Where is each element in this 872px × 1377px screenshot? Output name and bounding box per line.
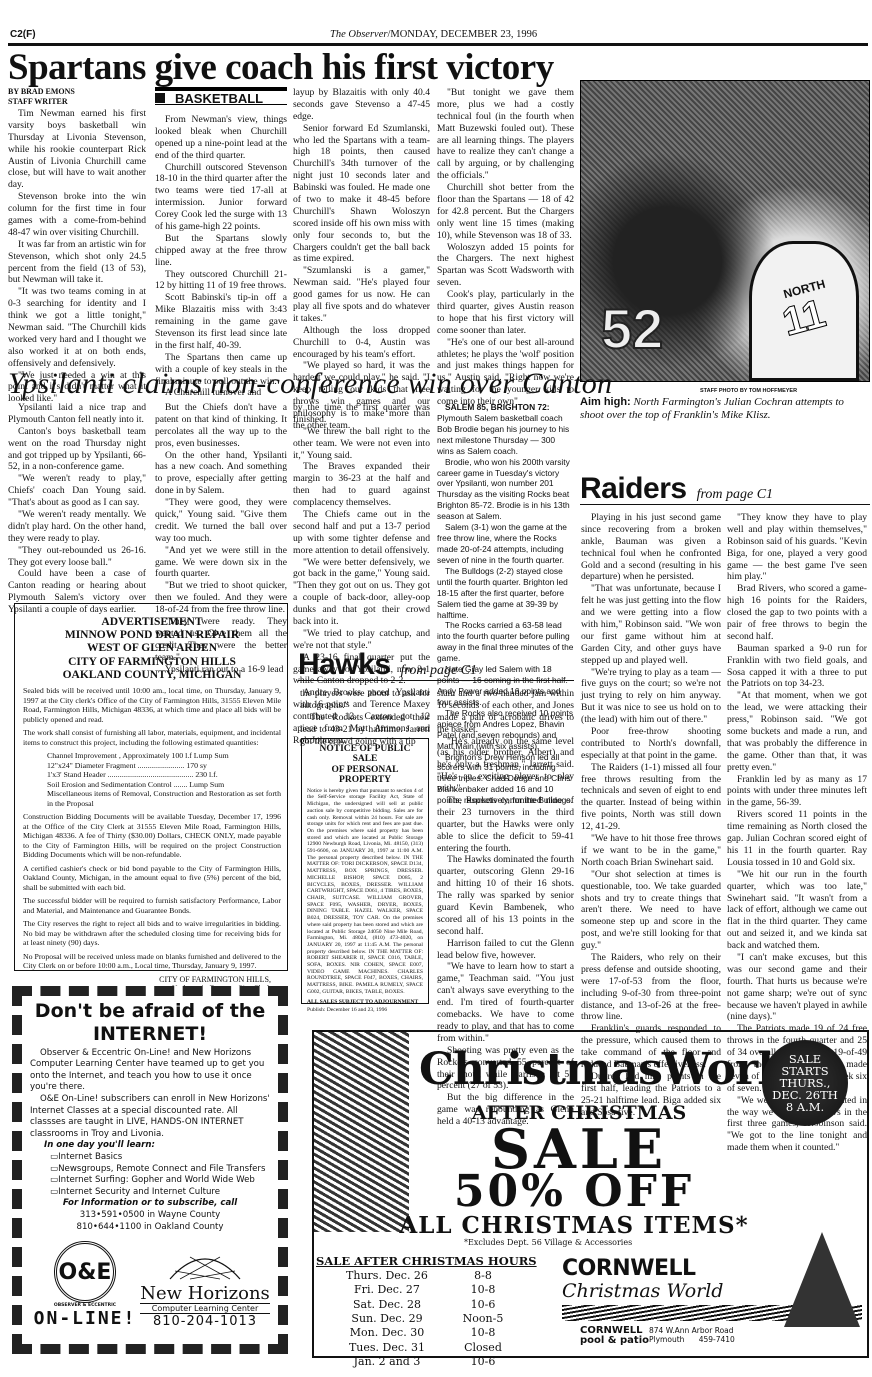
quantity-item: 12"x24" Diameter Fragment ..............… (47, 761, 281, 771)
quantity-item: Soil Erosion and Sedimentation Control .… (47, 780, 281, 790)
paragraph: The successful bidder will be required t… (23, 896, 281, 915)
paragraph: "We hit our run in the fourth quarter, w… (727, 869, 867, 952)
paragraph: The work shall consist of furnishing all… (23, 728, 281, 747)
paragraph: Although the loss dropped Churchill to 0… (293, 325, 430, 361)
pool-patio-logo: CORNWELL pool & patio (580, 1326, 649, 1346)
paragraph: Tim Newman earned his first varsity boys… (8, 108, 146, 191)
photo-caption: Aim high: North Farmington's Julian Coch… (580, 396, 870, 422)
quantity-item: Channel Improvement , Approximately 100 … (47, 751, 281, 761)
phone-wayne: 313•591•0500 in Wayne County (30, 1210, 270, 1222)
hours-day: Thurs. Dec. 26 (316, 1270, 446, 1282)
paragraph: Woloszyn added 15 points for the Charger… (437, 242, 574, 290)
internet-ad-logos: O&E OBSERVER & ECCENTRIC ON-LINE! New Ho… (30, 1241, 270, 1329)
section-tag-basketball: BASKETBALL (155, 87, 287, 105)
checkbox-icon: ▭ (50, 1175, 58, 1185)
paragraph: layup by Blazaitis with only 40.4 second… (293, 87, 430, 123)
store-address: 874 W.Ann Arbor Road Plymouth 459-7410 (649, 1326, 735, 1345)
internet-ad-title: Don't be afraid of the INTERNET! (30, 1000, 270, 1046)
story1-col1: Tim Newman earned his first varsity boys… (8, 108, 146, 405)
paragraph: "They were good, they were quick," Young… (155, 497, 287, 545)
paragraph: The Rockets committed nine of their 23 t… (437, 795, 574, 854)
story2-col1: Ypsilanti laid a nice trap and Plymouth … (8, 402, 146, 616)
dateline: The Observer/MONDAY, DECEMBER 23, 1996 (330, 29, 537, 40)
info-heading: For Information or to subscribe, call (30, 1198, 270, 1210)
paragraph: Poor free-throw shooting contributed to … (581, 726, 721, 762)
paragraph: Stevenson broke into the win column for … (8, 191, 146, 239)
legal-ad-body: Sealed bids will be received until 10:00… (23, 686, 281, 1001)
paragraph: Brad Rivers, who scored a game-high 16 p… (727, 583, 867, 642)
page-folio: C2(F) (10, 29, 36, 40)
paragraph: Harrison failed to cut the Glenn lead be… (437, 938, 574, 962)
learn-item-label: Internet Security and Internet Culture (58, 1187, 220, 1197)
paragraph: Sealed bids will be received until 10:00… (23, 686, 281, 724)
globe-icon (165, 1249, 245, 1281)
paragraph: "At that moment, when we got the lead, w… (727, 690, 867, 773)
nh-subtitle: Computer Learning Center (140, 1303, 270, 1314)
paragraph: "But tonight we gave them more, plus we … (437, 87, 574, 182)
paragraph: "We have to hit those free throws if we … (581, 833, 721, 869)
hours-table: Thurs. Dec. 268-8 Fri. Dec. 2710-8 Sat. … (314, 1268, 530, 1370)
paragraph: "We threw the ball right to the other te… (293, 426, 430, 462)
hours-day: Fri. Dec. 27 (316, 1284, 446, 1296)
hours-time: 10-6 (448, 1356, 528, 1368)
paragraph: Ypsilanti laid a nice trap and Plymouth … (8, 402, 146, 426)
paragraph: Cook's play, particularly in the third q… (437, 289, 574, 337)
paragraph: "He's already on the same level (as his … (437, 736, 574, 795)
jump-from: from page C1 (401, 663, 477, 679)
legal-ad-title: ADVERTISEMENT MINNOW POND DRAIN REPAIR W… (23, 616, 281, 682)
oe-seal-icon: O&E (54, 1241, 116, 1303)
paragraph: Senior forward Ed Szumlanski, who led th… (293, 123, 430, 266)
christmas-tree-icon (784, 1232, 860, 1327)
sale-starts-badge: SALE STARTS THURS., DEC. 26TH 8 A.M. (762, 1040, 848, 1126)
paragraph: The Braves expanded their margin to 36-2… (293, 461, 430, 509)
paragraph: Canton's boys basketball team went on th… (8, 426, 146, 474)
oe-online-logo: O&E OBSERVER & ECCENTRIC ON-LINE! (30, 1241, 140, 1329)
paper-name: The Observer (330, 29, 387, 40)
headline-ypsilanti: Ypsilanti claims non-conference win over… (8, 367, 612, 401)
paragraph: "That was unfortunate, because I felt he… (581, 583, 721, 666)
learn-item: ▭Internet Surfing: Gopher and World Wide… (50, 1175, 270, 1187)
title-line: CITY OF FARMINGTON HILLS (23, 656, 281, 669)
jump-title: Raiders (580, 474, 687, 504)
brief-lead: SALEM 85, BRIGHTON 72: (445, 402, 550, 412)
hours-time: 10-6 (448, 1299, 528, 1311)
jersey-right: NORTH 11 (749, 241, 859, 381)
hours-day: Sun. Dec. 29 (316, 1313, 446, 1325)
paragraph: It was far from an artistic win for Stev… (8, 239, 146, 287)
hours-row: Thurs. Dec. 268-8 (316, 1270, 528, 1282)
paragraph: On the other hand, Ypsilanti has a new c… (155, 450, 287, 498)
paragraph: But the Chiefs don't have a patent on th… (155, 402, 287, 450)
byline-title: STAFF WRITER (8, 97, 75, 107)
square-icon (155, 93, 165, 103)
learn-heading: In one day you'll learn: (30, 1140, 270, 1152)
section-tag-label: BASKETBALL (175, 91, 263, 106)
hours-day: Mon. Dec. 30 (316, 1327, 446, 1339)
paragraph: O&E On-Line! subscribers can enroll in N… (30, 1094, 270, 1140)
paragraph: "We weren't ready to play," Chiefs' coac… (8, 473, 146, 509)
notice-publish: Publish: December 16 and 23, 1996 (307, 1007, 423, 1014)
phone-oakland: 810•644•1100 in Oakland County (30, 1222, 270, 1234)
paragraph: Salem (3-1) won the game at the free thr… (437, 522, 574, 566)
address-line: 874 W.Ann Arbor Road (649, 1326, 735, 1335)
hours-day: Tues. Dec. 31 (316, 1342, 446, 1354)
learn-item: ▭Newsgroups, Remote Connect and File Tra… (50, 1164, 270, 1176)
hours-row: Mon. Dec. 3010-8 (316, 1327, 528, 1339)
cornwell-brand: CORNWELL (562, 1256, 696, 1281)
notice-footer: ALL SALES SUBJECT TO ADJOURNMENT (307, 999, 423, 1006)
jump-from: from page C1 (697, 487, 773, 503)
paragraph: "And yet we were still in the game. We w… (155, 545, 287, 581)
notice-body: Notice is hereby given that pursuant to … (307, 788, 423, 996)
hours-day: Jan. 2 and 3 (316, 1356, 446, 1368)
paragraph: "They out-rebounded us 26-16. They got e… (8, 545, 146, 569)
paragraph: From Newman's view, things looked bleak … (155, 114, 287, 162)
raiders-jump-head: Raiders from page C1 (580, 474, 870, 505)
internet-ad-body: Observer & Eccentric On-Line! and New Ho… (30, 1048, 270, 1234)
title-line: Don't be afraid of the (30, 1000, 270, 1023)
legal-ad-minnow-pond: ADVERTISEMENT MINNOW POND DRAIN REPAIR W… (14, 603, 288, 971)
nh-phone: 810-204-1013 (140, 1314, 270, 1329)
learn-list: ▭Internet Basics ▭Newsgroups, Remote Con… (30, 1152, 270, 1198)
hours-row: Jan. 2 and 310-6 (316, 1356, 528, 1368)
pool-line: pool & patio (580, 1336, 649, 1346)
jump-title: Hawks (298, 650, 391, 680)
learn-item-label: Internet Basics (58, 1152, 122, 1162)
paragraph: "We were better defensively, we got back… (293, 557, 430, 628)
hawks-jump-head: Hawks from page C1 (298, 650, 574, 681)
paragraph: The Raiders, who rely on their press def… (581, 952, 721, 1023)
paragraph: Playing in his just second game since re… (581, 512, 721, 583)
all-items-text: ALL CHRISTMAS ITEMS* (344, 1214, 804, 1237)
hours-time: 10-8 (448, 1327, 528, 1339)
hours-time: Noon-5 (448, 1313, 528, 1325)
paragraph: A certified cashier's check or bid bond … (23, 864, 281, 893)
title-line: ADVERTISEMENT (23, 616, 281, 629)
exclusion-note: *Excludes Dept. 56 Village & Accessories (464, 1238, 632, 1247)
paragraph: Franklin led by as many as 17 points wit… (727, 774, 867, 810)
paragraph: "It was two teams coming in at 0-3 searc… (8, 286, 146, 369)
new-horizons-logo: New Horizons Computer Learning Center 81… (140, 1249, 270, 1329)
paragraph: Churchill outscored Stevenson 18-10 in t… (155, 162, 287, 233)
jersey-number-right: 11 (778, 291, 831, 345)
paragraph: They outscored Churchill 21-12 by hittin… (155, 269, 287, 293)
notice-public-sale: NOTICE OF PUBLIC SALE OF PERSONAL PROPER… (301, 738, 429, 1004)
hours-time: 10-8 (448, 1284, 528, 1296)
paragraph: Rivers scored 11 points in the time rema… (727, 809, 867, 868)
paragraph: Observer & Eccentric On-Line! and New Ho… (30, 1048, 270, 1094)
discount-text: 50% OFF (384, 1170, 764, 1214)
issue-date: /MONDAY, DECEMBER 23, 1996 (387, 29, 537, 40)
title-line: WEST OF GLEN ARDEN (23, 642, 281, 655)
paragraph: "We're trying to play as a team — five g… (581, 667, 721, 726)
quantities-list: Channel Improvement , Approximately 100 … (23, 751, 281, 808)
title-line: OF PERSONAL PROPERTY (307, 765, 423, 786)
paragraph: Churchill shot better from the floor tha… (437, 182, 574, 241)
paragraph: Bauman sparked a 9-0 run for Franklin wi… (727, 643, 867, 691)
paragraph: Plymouth Salem basketball coach Bob Brod… (437, 413, 569, 456)
learn-item-label: Newsgroups, Remote Connect and File Tran… (58, 1164, 265, 1174)
store-phone: 459-7410 (699, 1335, 735, 1344)
checkbox-icon: ▭ (50, 1164, 58, 1174)
paragraph: The Raiders (1-1) missed all four free t… (581, 762, 721, 833)
learn-item: ▭Internet Security and Internet Culture (50, 1187, 270, 1199)
quantity-item: 1'x3' Stand Header .....................… (47, 770, 281, 780)
paragraph: "I can't make excuses, but this was our … (727, 952, 867, 1023)
title-line: OAKLAND COUNTY, MICHIGAN (23, 669, 281, 682)
paragraph: "They know they have to play well and pl… (727, 512, 867, 583)
hours-row: Sat. Dec. 2810-6 (316, 1299, 528, 1311)
title-line: INTERNET! (30, 1023, 270, 1046)
paragraph: "We weren't ready mentally. We didn't pl… (8, 509, 146, 545)
checkbox-icon: ▭ (50, 1187, 58, 1197)
learn-item: ▭Internet Basics (50, 1152, 270, 1164)
paragraph: Construction Bidding Documents will be a… (23, 812, 281, 860)
story1-col2: From Newman's view, things looked bleak … (155, 114, 287, 399)
city: Plymouth (649, 1335, 684, 1344)
badge-line: 8 A.M. (786, 1101, 824, 1113)
paragraph: "Our shot selection at times is question… (581, 869, 721, 952)
paragraph: slam and a two-handed jam within 10 seco… (437, 688, 574, 736)
checkbox-icon: ▭ (50, 1152, 58, 1162)
nh-name: New Horizons (140, 1285, 270, 1303)
paragraph: "Szumlanski is a gamer," Newman said. "H… (293, 265, 430, 324)
paragraph: The Chiefs came out in the second half a… (293, 509, 430, 557)
hours-time: Closed (448, 1342, 528, 1354)
headline-spartans: Spartans give coach his first victory (8, 46, 554, 89)
byline-name: BY BRAD EMONS (8, 87, 75, 97)
hours-row: Tues. Dec. 31Closed (316, 1342, 528, 1354)
quantity-item: Miscellaneous items of Removal, Construc… (47, 789, 281, 808)
title-line: NOTICE OF PUBLIC SALE (307, 744, 423, 765)
hours-day: Sat. Dec. 28 (316, 1299, 446, 1311)
hours-title: SALE AFTER CHRISTMAS HOURS (316, 1254, 537, 1268)
paragraph: by the time the first quarter was finish… (293, 402, 430, 426)
basketball-photo: 52 NORTH 11 (580, 80, 870, 382)
jersey-number-left: 52 (601, 296, 663, 361)
byline: BY BRAD EMONS STAFF WRITER (8, 87, 75, 106)
oe-online-wordmark: ON-LINE! (30, 1308, 140, 1329)
christmas-world-logo: ChristmasWorld (419, 1044, 803, 1095)
title-line: MINNOW POND DRAIN REPAIR (23, 629, 281, 642)
notice-title: NOTICE OF PUBLIC SALE OF PERSONAL PROPER… (307, 744, 423, 786)
paragraph: Brodie, who won his 200th varsity career… (437, 457, 574, 523)
paragraph: the players were about to ask for autogr… (300, 688, 430, 712)
hours-time: 8-8 (448, 1270, 528, 1282)
learn-item-label: Internet Surfing: Gopher and World Wide … (58, 1175, 255, 1185)
signoff-line: CITY OF FARMINGTON HILLS, (23, 975, 271, 985)
hours-row: Fri. Dec. 2710-8 (316, 1284, 528, 1296)
paragraph: But the Spartans slowly chipped away at … (155, 233, 287, 269)
paragraph: The City reserves the right to reject al… (23, 919, 281, 948)
paragraph: No Proposal will be received unless made… (23, 952, 281, 971)
internet-ad: Don't be afraid of the INTERNET! Observe… (12, 986, 288, 1354)
paragraph: Scott Babinski's tip-in off a Mike Blaza… (155, 292, 287, 351)
paragraph: The Hawks dominated the fourth quarter, … (437, 854, 574, 937)
hours-row: Sun. Dec. 29Noon-5 (316, 1313, 528, 1325)
photo-credit: STAFF PHOTO BY TOM HOFFMEYER (700, 388, 797, 394)
story1-col4: "But tonight we gave them more, plus we … (437, 87, 574, 408)
raiders-col1: Playing in his just second game since re… (581, 512, 721, 1118)
christmas-world-script: Christmas World (562, 1280, 723, 1302)
paragraph: The Bulldogs (2-2) stayed close until th… (437, 566, 574, 621)
christmas-world-ad: ChristmasWorld AFTER CHRISTMAS SALE 50% … (312, 1030, 869, 1358)
